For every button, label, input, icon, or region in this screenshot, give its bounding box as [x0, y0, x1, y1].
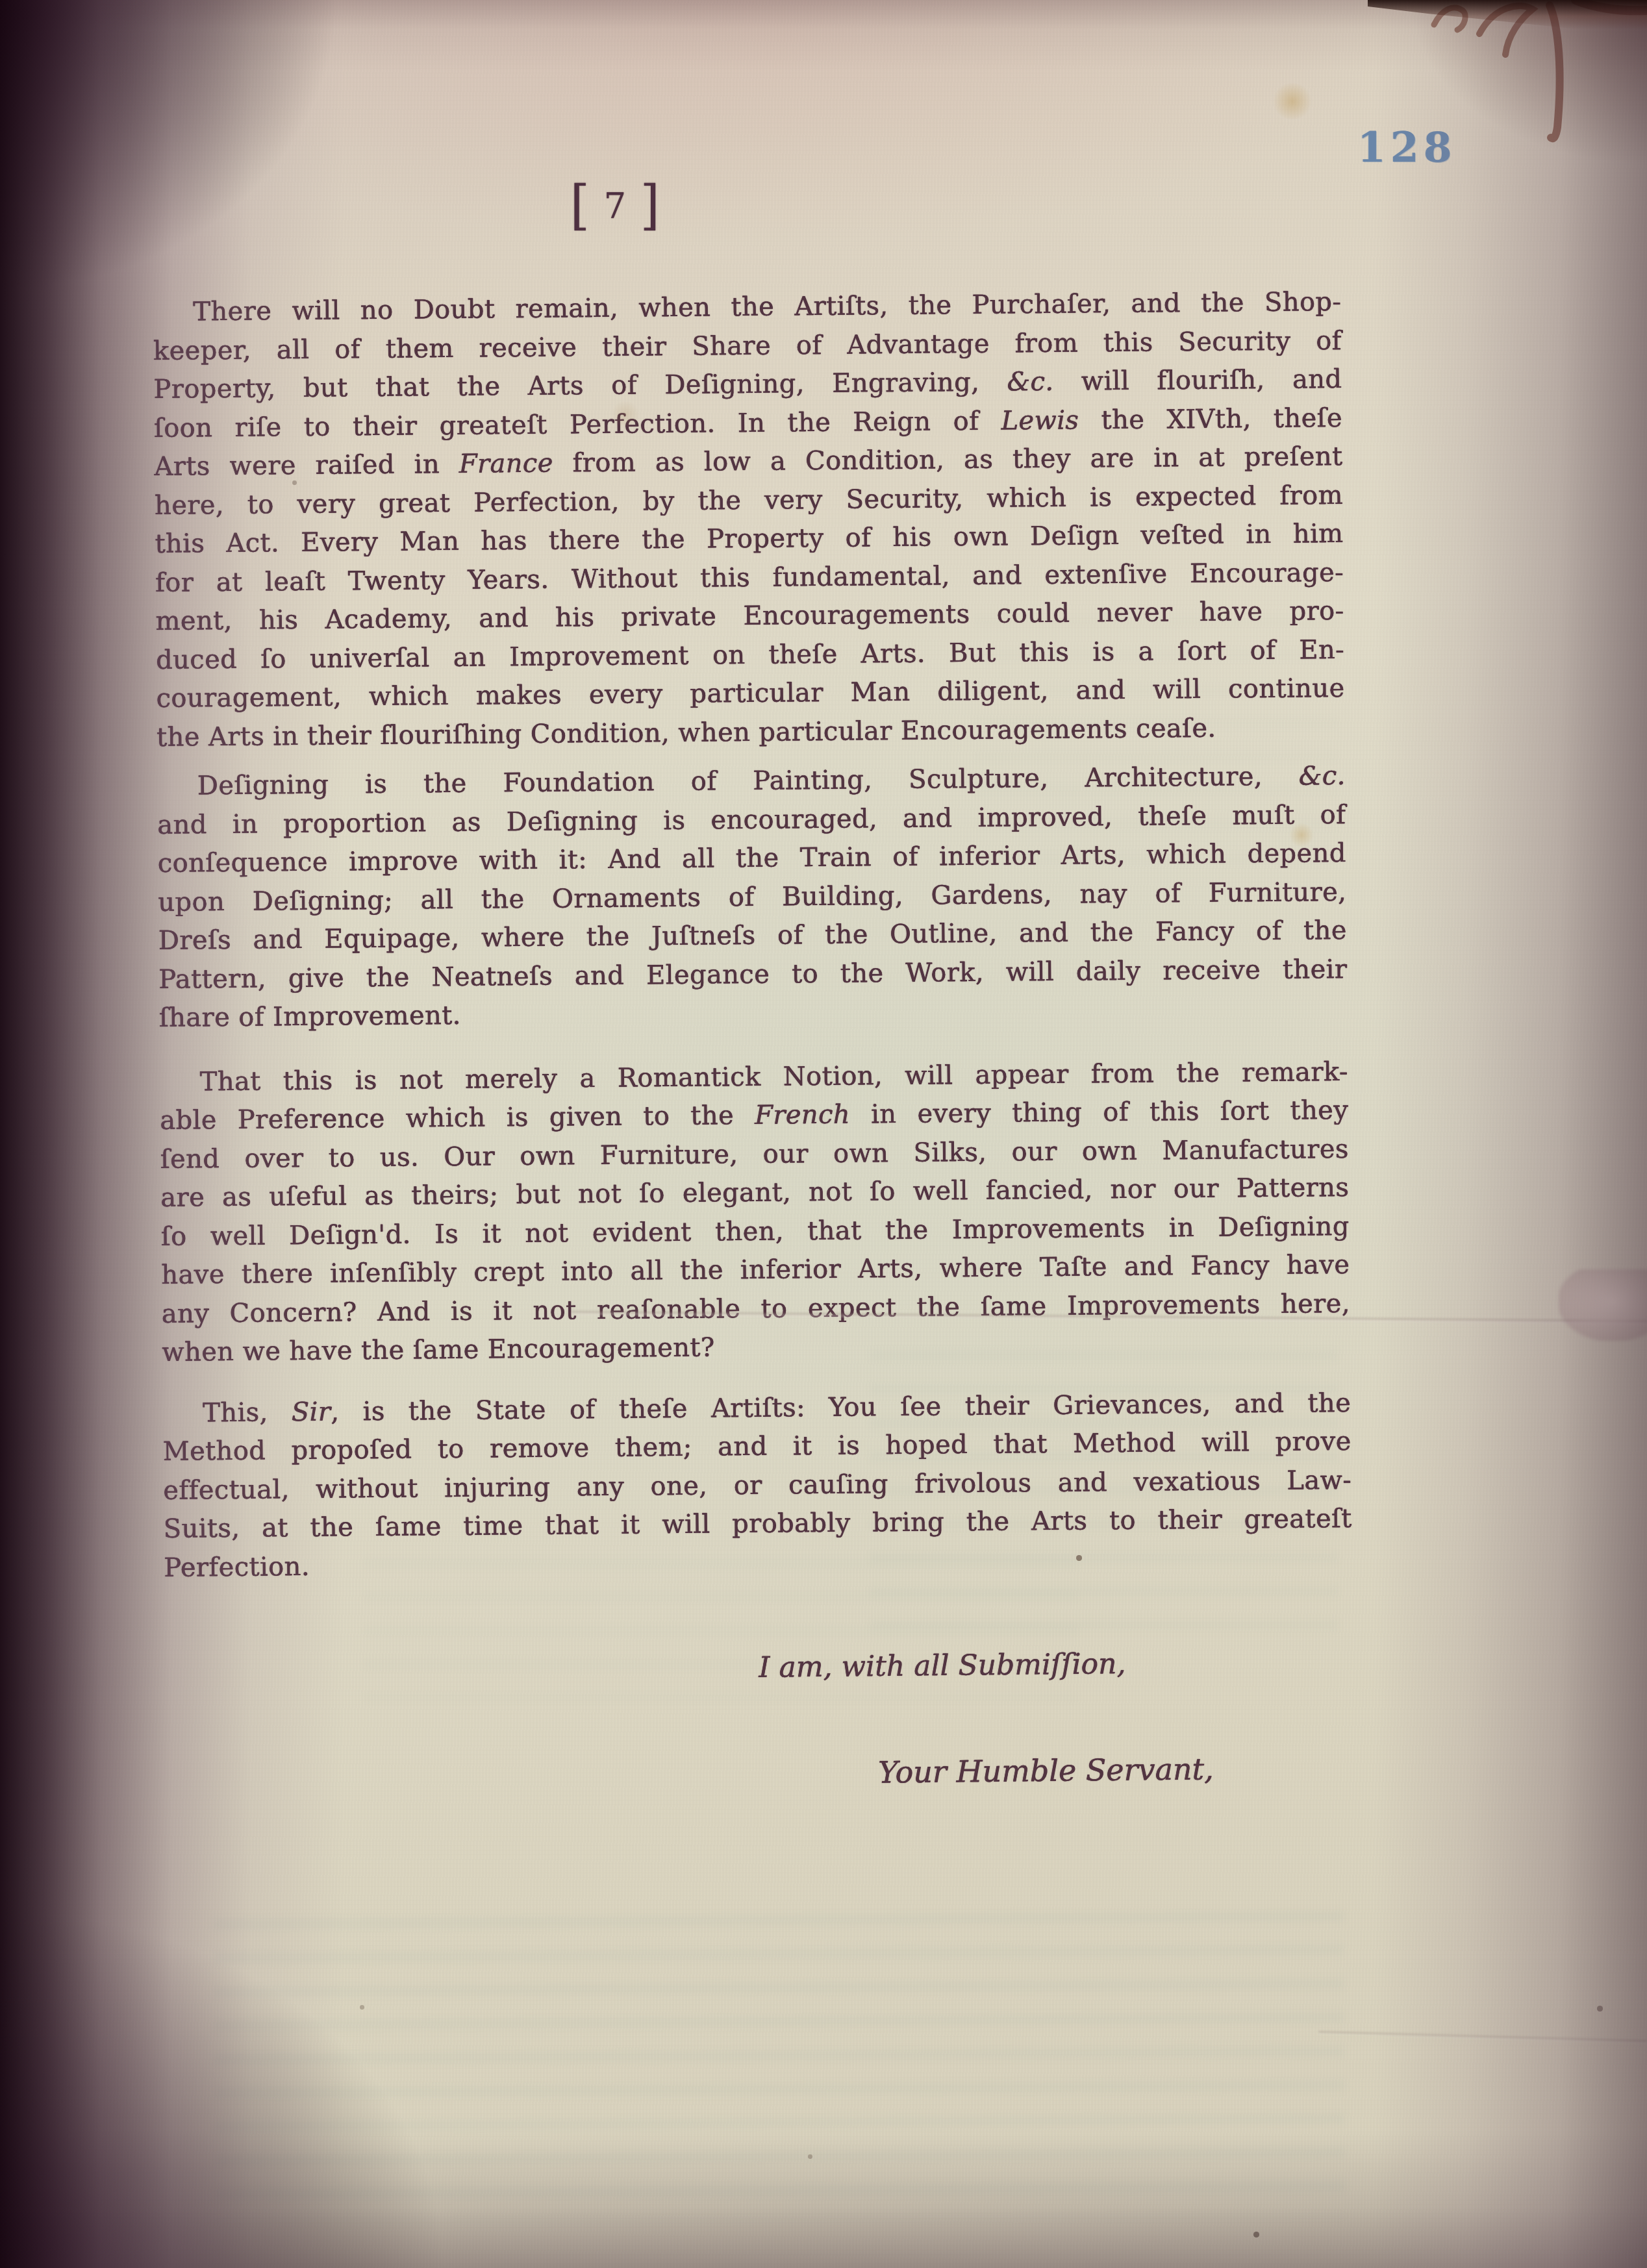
text-run: the Arts in their flouriſhing Condition,…: [157, 713, 1216, 752]
closing-line-submission: I am, with all Submiſſion,: [759, 1647, 1126, 1684]
edge-tear: [1559, 1269, 1647, 1341]
paragraph: Deſigning is the Foundation of Painting,…: [157, 757, 1348, 1038]
text-run: able Preference which is given to the: [160, 1101, 755, 1136]
page-crease: [1318, 2031, 1647, 2043]
text-run: couragement, which makes every particula…: [156, 673, 1344, 714]
text-body: There will no Doubt remain, when the Art…: [153, 283, 1352, 1588]
text-run: here, to very great Perfection, by the v…: [155, 480, 1343, 521]
text-run: ſo well Deſign'd. Is it not evident then…: [160, 1211, 1349, 1251]
text-run: upon Deſigning; all the Ornaments of Bui…: [158, 877, 1346, 917]
italic-text-run: &c.: [1007, 367, 1053, 397]
text-run: this Act. Every Man has there the Proper…: [155, 519, 1343, 559]
text-run: ment, his Academy, and his private Encou…: [155, 596, 1344, 636]
stamped-page-number: 128: [1357, 123, 1457, 171]
italic-text-run: &c.: [1298, 761, 1345, 791]
bleed-through-text: [213, 1912, 1345, 2224]
paragraph: That this is not merely a Romantick Noti…: [159, 1053, 1350, 1372]
dust-specks: [0, 0, 2, 2]
paragraph: This, Sir, is the State of theſe Artiſts…: [162, 1384, 1353, 1587]
text-run: and in proportion as Deſigning is encour…: [157, 800, 1346, 840]
page-header-pagination: [7]: [570, 174, 660, 238]
text-run: in every thing of this ſort they: [850, 1095, 1349, 1130]
scanned-page: 128 [7] There will no Doubt remain, when…: [0, 0, 1647, 2268]
text-run: when we have the ſame Encouragement?: [162, 1333, 715, 1367]
text-run: any Concern? And is it not reaſonable to…: [162, 1288, 1350, 1328]
text-run: , is the State of theſe Artiſts: You ſee…: [331, 1388, 1351, 1427]
text-run: Dreſs and Equipage, where the Juſtneſs o…: [158, 916, 1346, 956]
text-run: ſend over to us. Our own Furniture, our …: [160, 1134, 1348, 1174]
italic-text-run: Lewis: [1001, 405, 1079, 436]
page-curl-shadow: [1368, 0, 1647, 36]
right-bracket: ]: [640, 171, 660, 239]
text-run: Property, but that the Arts of Deſigning…: [153, 368, 1007, 405]
text-run: keeper, all of them receive their Share …: [153, 326, 1342, 366]
paragraph: There will no Doubt remain, when the Art…: [153, 283, 1345, 757]
text-run: Arts were raiſed in: [154, 449, 459, 482]
text-run: from as low a Condition, as they are in …: [553, 442, 1342, 479]
italic-text-run: French: [755, 1100, 850, 1130]
foxing-stain: [1272, 83, 1313, 119]
text-run: have there inſenſibly crept into all the…: [161, 1250, 1350, 1290]
text-run: Pattern, give the Neatneſs and Elegance …: [158, 954, 1347, 994]
text-run: the XIVth, theſe: [1079, 403, 1342, 436]
text-run: for at leaſt Twenty Years. Without this …: [155, 558, 1344, 598]
text-run: will flouriſh, and: [1053, 364, 1342, 397]
text-run: This,: [203, 1397, 292, 1428]
italic-text-run: Sir: [291, 1397, 331, 1427]
text-run: Perfection.: [164, 1551, 310, 1582]
text-run: Method propoſed to remove them; and it i…: [162, 1427, 1351, 1467]
text-run: That this is not merely a Romantick Noti…: [199, 1056, 1348, 1096]
text-run: There will no Doubt remain, when the Art…: [193, 287, 1341, 327]
text-run: conſequence improve with it: And all the…: [157, 838, 1346, 879]
italic-text-run: France: [459, 449, 553, 479]
text-run: ſhare of Improvement.: [159, 1001, 461, 1033]
text-run: Suits, at the ſame time that it will pro…: [163, 1504, 1352, 1544]
text-run: ſoon riſe to their greateſt Perfection. …: [154, 406, 1001, 443]
printed-page-number: 7: [604, 175, 626, 238]
text-run: are as uſeful as theirs; but not ſo eleg…: [160, 1173, 1349, 1213]
closing-line-servant: Your Humble Servant,: [878, 1751, 1214, 1789]
text-run: Deſigning is the Foundation of Painting,…: [197, 762, 1298, 801]
left-bracket: [: [570, 171, 590, 239]
text-run: duced ſo univerſal an Improvement on the…: [156, 635, 1344, 675]
text-run: effectual, without injuring any one, or …: [163, 1465, 1352, 1505]
